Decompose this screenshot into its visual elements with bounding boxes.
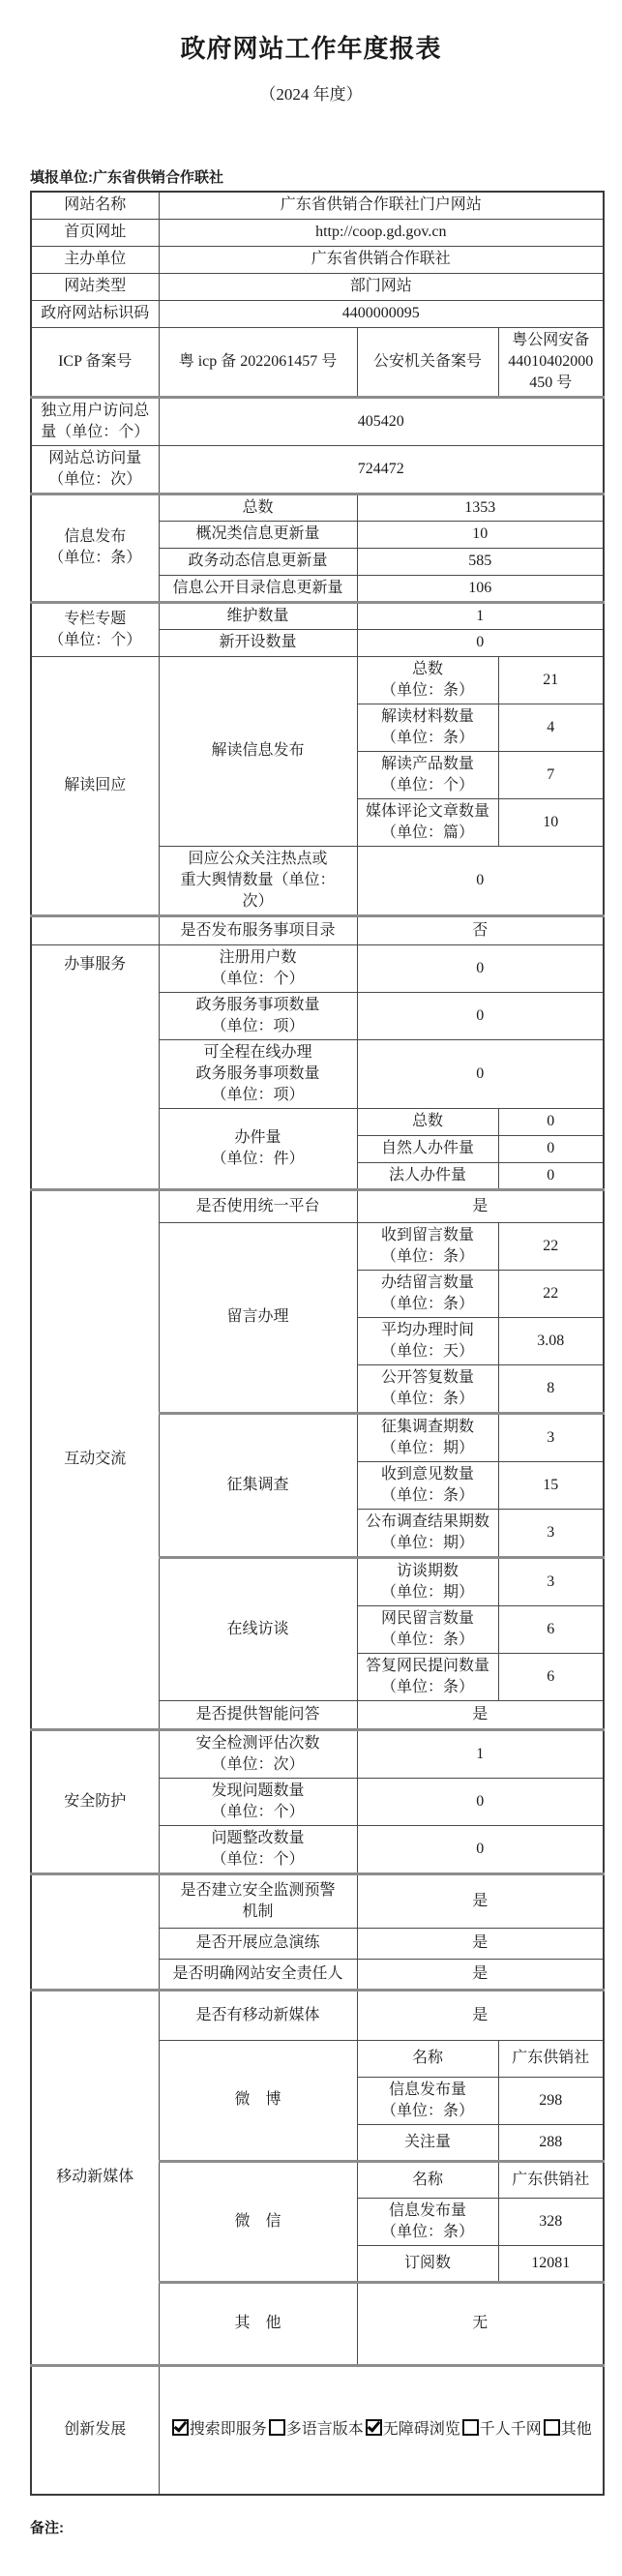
label-cell: 解读产品数量 （单位：个） [357,751,498,798]
value-cell: 585 [357,548,604,575]
label-cell: 是否有移动新媒体 [159,1990,357,2040]
value-cell: 无 [357,2282,604,2365]
value-cell: 405420 [159,397,604,445]
row-registered-users: 办事服务注册用户数 （单位：个）0 [31,944,604,992]
innovation-options-cell: 搜索即服务多语言版本无障碍浏览千人千网其他 [159,2365,604,2495]
group-label-cell: 其 他 [159,2282,357,2365]
value-cell: 0 [357,992,604,1039]
row-monitor-warning: 是否建立安全监测预警 机制是 [31,1873,604,1928]
value-cell: 是 [357,1700,604,1729]
value-cell: 6 [498,1605,604,1653]
checkbox-unchecked-icon [544,2419,560,2436]
value-cell: 0 [357,1825,604,1873]
label-cell: 主办单位 [31,246,159,273]
report-table-body: 网站名称广东省供销合作联社门户网站首页网址http://coop.gd.gov.… [31,192,604,2495]
row-site-name: 网站名称广东省供销合作联社门户网站 [31,192,604,219]
label-cell: 法人办件量 [357,1162,498,1189]
label-cell: 公布调查结果期数 （单位：期） [357,1509,498,1557]
label-cell: 是否发布服务事项目录 [159,915,357,944]
value-cell: 8 [498,1364,604,1413]
empty-cell [31,915,159,944]
value-cell: 106 [357,575,604,602]
page-title: 政府网站工作年度报表 [0,29,622,65]
group-label-cell: 微 信 [159,2161,357,2282]
label-cell: 是否提供智能问答 [159,1700,357,1729]
value-cell: 0 [357,846,604,915]
label-cell: 办结留言数量 （单位：条） [357,1270,498,1317]
value-cell: 是 [357,1928,604,1959]
row-site-id-code: 政府网站标识码4400000095 [31,300,604,327]
value-cell: 7 [498,751,604,798]
row-innovation: 创新发展搜索即服务多语言版本无障碍浏览千人千网其他 [31,2365,604,2495]
row-unique-visitors: 独立用户访问总 量（单位：个）405420 [31,397,604,445]
annual-report-table: 网站名称广东省供销合作联社门户网站首页网址http://coop.gd.gov.… [30,191,605,2496]
page-subtitle: （2024 年度） [0,80,622,105]
value-cell: 6 [498,1653,604,1700]
label-cell: 是否使用统一平台 [159,1189,357,1222]
value-cell: 4 [498,704,604,751]
section-label-cell: 安全防护 [31,1729,159,1873]
section-label-cell: 移动新媒体 [31,1990,159,2365]
value-cell: 是 [357,1990,604,2040]
innovation-option-label: 千人千网 [480,2421,542,2438]
label-cell: 征集调查期数 （单位：期） [357,1413,498,1461]
value-cell: 广东省供销合作联社 [159,246,604,273]
value-cell: 是 [357,1959,604,1990]
value-cell: 3 [498,1509,604,1557]
value-cell: 是 [357,1873,604,1928]
innovation-option-label: 搜索即服务 [190,2421,267,2438]
value-cell: http://coop.gd.gov.cn [159,219,604,246]
label-cell: 政府网站标识码 [31,300,159,327]
label-cell: 信息公开目录信息更新量 [159,575,357,602]
row-home-url: 首页网址http://coop.gd.gov.cn [31,219,604,246]
label-cell: 安全检测评估次数 （单位：次） [159,1729,357,1778]
value-cell: 0 [357,944,604,992]
label-cell: 是否建立安全监测预警 机制 [159,1873,357,1928]
label-cell: 总数 [357,1108,498,1135]
label-cell: 独立用户访问总 量（单位：个） [31,397,159,445]
label-cell: 概况类信息更新量 [159,521,357,548]
label-cell: 网站类型 [31,273,159,300]
value-cell: 1353 [357,494,604,521]
value-cell: 21 [498,656,604,704]
innovation-option-label: 多语言版本 [286,2421,364,2438]
label-cell: 问题整改数量 （单位：个） [159,1825,357,1873]
section-label-cell: 办事服务 [31,944,159,1189]
section-label-cell: 信息发布 （单位：条） [31,494,159,602]
value-cell: 0 [498,1162,604,1189]
label-cell: 发现问题数量 （单位：个） [159,1778,357,1825]
innovation-option-label: 无障碍浏览 [383,2421,460,2438]
value-cell: 724472 [159,445,604,494]
value-cell: 粤 icp 备 2022061457 号 [159,327,357,397]
row-organizer: 主办单位广东省供销合作联社 [31,246,604,273]
label-cell: 名称 [357,2040,498,2077]
remarks-label: 备注: [30,2517,622,2537]
value-cell: 22 [498,1222,604,1270]
label-cell: 解读材料数量 （单位：条） [357,704,498,751]
label-cell: 答复网民提问数量 （单位：条） [357,1653,498,1700]
value-cell: 22 [498,1270,604,1317]
label-cell: 首页网址 [31,219,159,246]
label-cell: 访谈期数 （单位：期） [357,1557,498,1605]
row-info-pub-total: 信息发布 （单位：条）总数1353 [31,494,604,521]
row-service-catalog-published: 是否发布服务事项目录否 [31,915,604,944]
section-label-cell: 互动交流 [31,1189,159,1729]
label-cell: 政务服务事项数量 （单位：项） [159,992,357,1039]
label-cell: 是否开展应急演练 [159,1928,357,1959]
value-cell: 10 [357,521,604,548]
innovation-option-label: 其他 [561,2421,592,2438]
group-label-cell: 征集调查 [159,1413,357,1557]
value-cell: 粤公网安备 44010402000 450 号 [498,327,604,397]
value-cell: 3 [498,1557,604,1605]
value-cell: 广东供销社 [498,2040,604,2077]
row-unified-platform: 互动交流是否使用统一平台是 [31,1189,604,1222]
label-cell: 平均办理时间 （单位：天） [357,1317,498,1364]
reporting-unit: 填报单位:广东省供销合作联社 [30,166,622,187]
value-cell: 288 [498,2124,604,2161]
value-cell: 3 [498,1413,604,1461]
value-cell: 否 [357,915,604,944]
label-cell: 注册用户数 （单位：个） [159,944,357,992]
label-cell: 收到留言数量 （单位：条） [357,1222,498,1270]
label-cell: 网站名称 [31,192,159,219]
group-label-cell: 微 博 [159,2040,357,2161]
value-cell: 298 [498,2077,604,2124]
section-label-cell: 创新发展 [31,2365,159,2495]
section-label-cell: 专栏专题 （单位：个） [31,602,159,656]
label-cell: 订阅数 [357,2245,498,2282]
row-security-assessments: 安全防护安全检测评估次数 （单位：次）1 [31,1729,604,1778]
label-cell: 总数 [159,494,357,521]
group-label-cell: 解读信息发布 [159,656,357,846]
label-cell: 回应公众关注热点或 重大舆情数量（单位： 次） [159,846,357,915]
label-cell: 收到意见数量 （单位：条） [357,1461,498,1509]
label-cell: 可全程在线办理 政务服务事项数量 （单位：项） [159,1039,357,1108]
value-cell: 15 [498,1461,604,1509]
row-interpret-total: 解读回应解读信息发布总数 （单位：条）21 [31,656,604,704]
value-cell: 是 [357,1189,604,1222]
value-cell: 10 [498,798,604,846]
label-cell: 公安机关备案号 [357,327,498,397]
label-cell: 政务动态信息更新量 [159,548,357,575]
value-cell: 4400000095 [159,300,604,327]
report-page: 政府网站工作年度报表 （2024 年度） 填报单位:广东省供销合作联社 网站名称… [0,0,622,2537]
section-label-cell: 解读回应 [31,656,159,915]
label-cell: 网民留言数量 （单位：条） [357,1605,498,1653]
label-cell: 自然人办件量 [357,1135,498,1162]
value-cell: 0 [357,1778,604,1825]
label-cell: 信息发布量 （单位：条） [357,2077,498,2124]
value-cell: 0 [357,1039,604,1108]
row-columns-maintained: 专栏专题 （单位：个）维护数量1 [31,602,604,629]
group-label-cell: 在线访谈 [159,1557,357,1700]
group-label-cell: 办件量 （单位：件） [159,1108,357,1189]
label-cell: 新开设数量 [159,629,357,656]
checkbox-unchecked-icon [269,2419,285,2436]
label-cell: 信息发布量 （单位：条） [357,2198,498,2245]
value-cell: 0 [357,629,604,656]
value-cell: 0 [498,1135,604,1162]
checkbox-unchecked-icon [462,2419,479,2436]
row-total-visits: 网站总访问量 （单位：次）724472 [31,445,604,494]
value-cell: 1 [357,602,604,629]
label-cell: 关注量 [357,2124,498,2161]
value-cell: 0 [498,1108,604,1135]
row-site-type: 网站类型部门网站 [31,273,604,300]
value-cell: 广东省供销合作联社门户网站 [159,192,604,219]
group-label-cell: 留言办理 [159,1222,357,1413]
label-cell: 维护数量 [159,602,357,629]
value-cell: 328 [498,2198,604,2245]
label-cell: ICP 备案号 [31,327,159,397]
value-cell: 12081 [498,2245,604,2282]
label-cell: 总数 （单位：条） [357,656,498,704]
value-cell: 3.08 [498,1317,604,1364]
label-cell: 是否明确网站安全责任人 [159,1959,357,1990]
value-cell: 1 [357,1729,604,1778]
checkbox-checked-icon [172,2419,189,2436]
value-cell: 部门网站 [159,273,604,300]
row-has-new-media: 移动新媒体是否有移动新媒体是 [31,1990,604,2040]
value-cell: 广东供销社 [498,2161,604,2198]
label-cell: 名称 [357,2161,498,2198]
label-cell: 网站总访问量 （单位：次） [31,445,159,494]
empty-cell [31,1873,159,1990]
label-cell: 公开答复数量 （单位：条） [357,1364,498,1413]
checkbox-checked-icon [366,2419,382,2436]
row-icp-filing: ICP 备案号粤 icp 备 2022061457 号公安机关备案号粤公网安备 … [31,327,604,397]
label-cell: 媒体评论文章数量 （单位：篇） [357,798,498,846]
